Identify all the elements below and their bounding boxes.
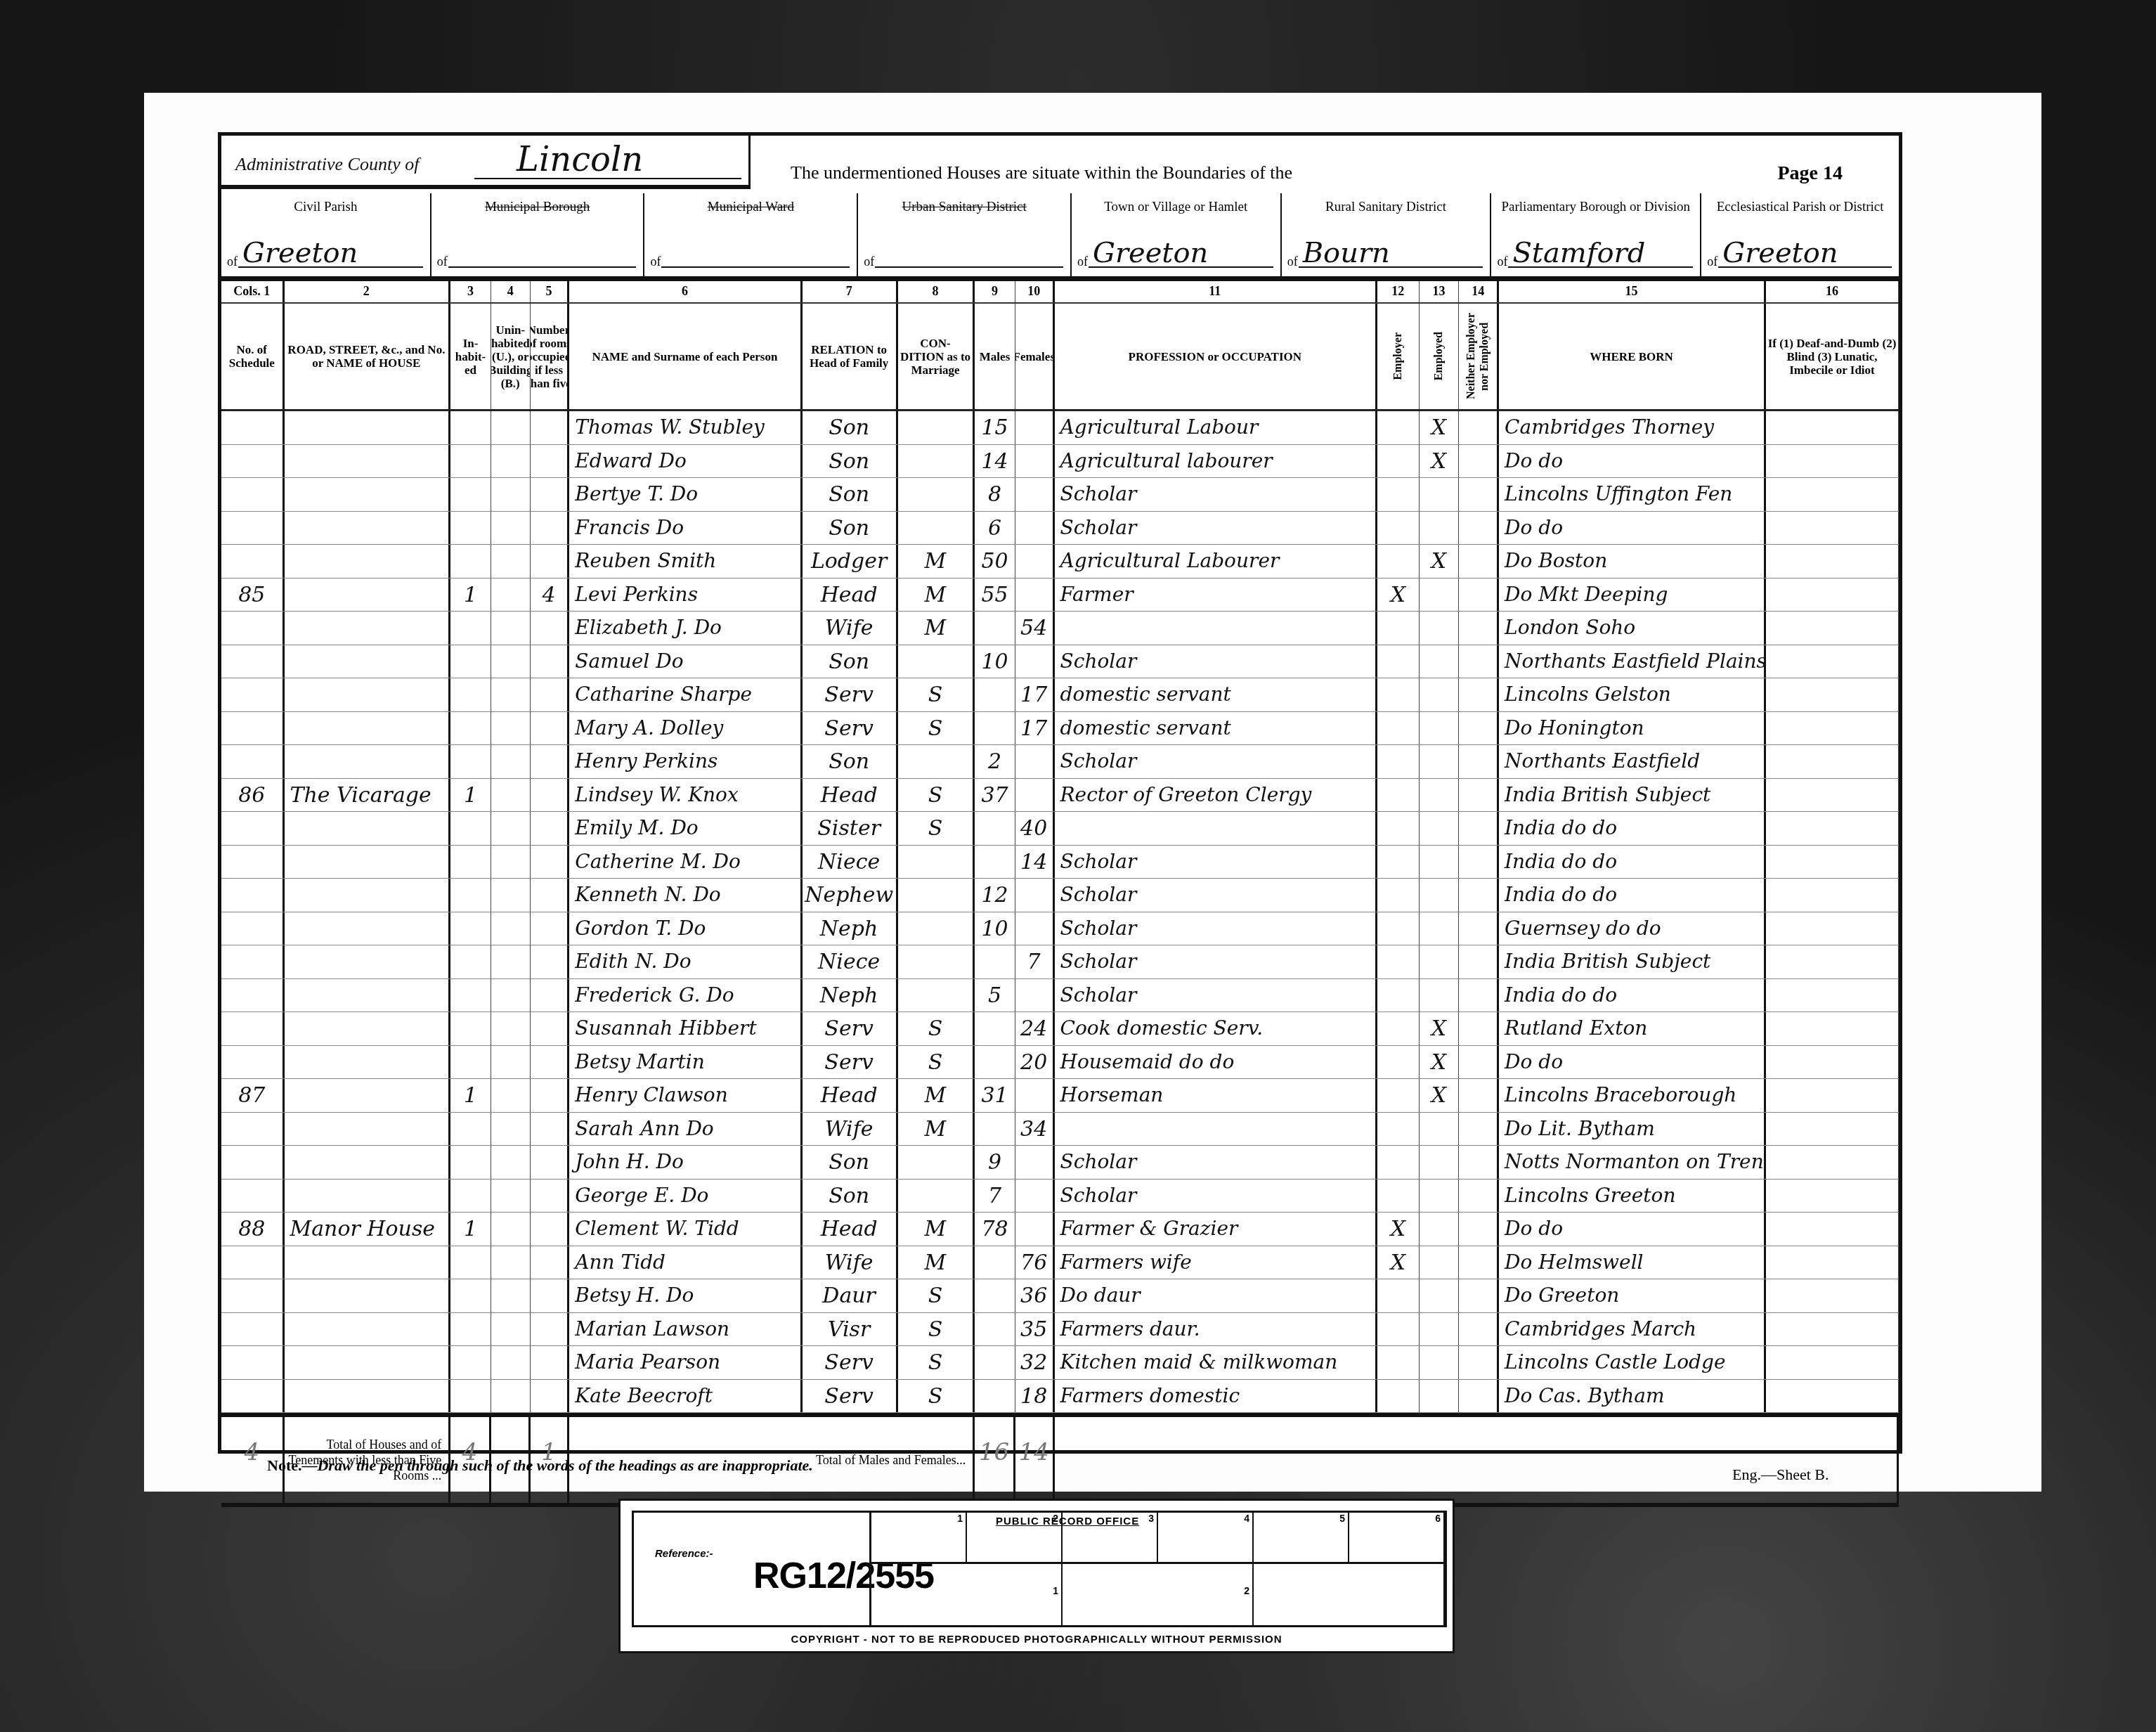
column-header-house-name: ROAD, STREET, &c., and No. or NAME of HO… — [285, 304, 451, 409]
cell-occupation: Scholar — [1055, 979, 1377, 1012]
cell-condition — [898, 979, 975, 1012]
cell-uninhabited — [491, 645, 531, 678]
cell-occupation: Scholar — [1055, 478, 1377, 511]
footer-note: Note.—Draw the pen through such of the w… — [267, 1456, 813, 1475]
cell-rooms — [531, 912, 570, 945]
cell-birthplace: Do do — [1499, 1046, 1766, 1079]
cell-infirmity — [1766, 1113, 1899, 1146]
page-number: Page 14 — [1777, 162, 1843, 185]
cell-age-male — [975, 678, 1015, 711]
cell-infirmity — [1766, 445, 1899, 478]
cell-occupation: domestic servant — [1055, 678, 1377, 711]
cell-condition — [898, 745, 975, 778]
cell-relation: Serv — [803, 1380, 898, 1413]
cell-condition: S — [898, 779, 975, 812]
cell-age-male — [975, 1279, 1015, 1312]
cell-neither — [1459, 579, 1499, 612]
cell-age-male — [975, 812, 1015, 845]
cell-age-female — [1015, 545, 1055, 578]
census-row: Samuel DoSon10ScholarNorthants Eastfield… — [221, 645, 1899, 679]
census-row: Maria PearsonServS32Kitchen maid & milkw… — [221, 1346, 1899, 1380]
cell-infirmity — [1766, 812, 1899, 845]
cell-age-female — [1015, 912, 1055, 945]
cell-house-name — [285, 1346, 451, 1379]
area-underline — [875, 266, 1063, 268]
cell-relation: Serv — [803, 1046, 898, 1079]
column-header-label: CON-DITION as to Marriage — [900, 337, 971, 377]
cell-condition — [898, 645, 975, 678]
cell-condition: M — [898, 1213, 975, 1246]
cell-relation: Nephew — [803, 879, 898, 912]
census-row: Kenneth N. DoNephew12ScholarIndia do do — [221, 879, 1899, 912]
cell-occupation: Rector of Greeton Clergy — [1055, 779, 1377, 812]
area-underline — [448, 266, 637, 268]
column-header-employer: Employer — [1377, 304, 1420, 409]
reference-label: Reference:- — [655, 1548, 713, 1560]
cell-house-name — [285, 1012, 451, 1045]
area-headers: Civil ParishofGreetonMunicipal Boroughof… — [221, 193, 1899, 281]
cell-age-female: 54 — [1015, 612, 1055, 645]
cell-neither — [1459, 1279, 1499, 1312]
cell-birthplace: Do do — [1499, 512, 1766, 545]
cell-employed — [1420, 645, 1460, 678]
cell-neither — [1459, 846, 1499, 879]
cell-occupation: Scholar — [1055, 1146, 1377, 1179]
cell-inhabited: 1 — [450, 1079, 491, 1112]
cell-relation: Serv — [803, 712, 898, 745]
cell-neither — [1459, 712, 1499, 745]
cell-infirmity — [1766, 846, 1899, 879]
cell-employed: X — [1420, 1012, 1460, 1045]
cell-schedule — [221, 1380, 285, 1413]
cell-house-name — [285, 1380, 451, 1413]
cell-rooms — [531, 1012, 570, 1045]
ruler-bottom: 12 — [871, 1564, 1445, 1625]
column-header-inhabited: In-habit-ed — [450, 304, 491, 409]
cell-age-male: 5 — [975, 979, 1015, 1012]
column-header-relation: RELATION to Head of Family — [803, 304, 898, 409]
cell-neither — [1459, 1213, 1499, 1246]
cell-house-name — [285, 512, 451, 545]
cell-age-female: 24 — [1015, 1012, 1055, 1045]
cell-schedule — [221, 912, 285, 945]
cell-rooms — [531, 1279, 570, 1312]
cell-relation: Neph — [803, 979, 898, 1012]
cell-rooms — [531, 478, 570, 511]
cell-person-name: Clement W. Tidd — [569, 1213, 802, 1246]
cell-employer: X — [1377, 579, 1420, 612]
cell-birthplace: India do do — [1499, 812, 1766, 845]
cell-uninhabited — [491, 512, 531, 545]
cell-inhabited: 1 — [450, 1213, 491, 1246]
of-label: of — [864, 254, 874, 269]
column-header-label: Females — [1015, 350, 1055, 363]
census-row: Emily M. DoSisterS40India do do — [221, 812, 1899, 846]
cell-person-name: Lindsey W. Knox — [569, 779, 802, 812]
ruler-mark: 2 — [967, 1513, 1063, 1562]
cell-condition — [898, 512, 975, 545]
area-title: Municipal Ward — [644, 200, 857, 214]
cell-uninhabited — [491, 445, 531, 478]
cell-house-name — [285, 678, 451, 711]
column-number-4: 4 — [491, 281, 531, 302]
cell-age-male: 10 — [975, 645, 1015, 678]
cell-employed: X — [1420, 411, 1460, 444]
cell-neither — [1459, 945, 1499, 978]
cell-schedule — [221, 445, 285, 478]
ruler-mark: 4 — [1158, 1513, 1254, 1562]
cell-neither — [1459, 445, 1499, 478]
column-number-6: 6 — [569, 281, 802, 302]
cell-birthplace: India do do — [1499, 879, 1766, 912]
cell-employed — [1420, 779, 1460, 812]
cell-employer — [1377, 411, 1420, 444]
column-header-infirmity: If (1) Deaf-and-Dumb (2) Blind (3) Lunat… — [1766, 304, 1899, 409]
cell-rooms — [531, 1180, 570, 1213]
cell-birthplace: Lincolns Castle Lodge — [1499, 1346, 1766, 1379]
cell-age-female: 35 — [1015, 1313, 1055, 1346]
area-title: Urban Sanitary District — [858, 200, 1070, 214]
cell-condition — [898, 445, 975, 478]
cell-uninhabited — [491, 912, 531, 945]
cell-employed — [1420, 879, 1460, 912]
cell-person-name: Kenneth N. Do — [569, 879, 802, 912]
cell-person-name: Maria Pearson — [569, 1346, 802, 1379]
cell-relation: Son — [803, 745, 898, 778]
area-value: Bourn — [1303, 237, 1390, 269]
cell-relation: Serv — [803, 1012, 898, 1045]
cell-uninhabited — [491, 1313, 531, 1346]
cell-inhabited — [450, 512, 491, 545]
cell-relation: Lodger — [803, 545, 898, 578]
cell-age-male — [975, 1313, 1015, 1346]
cell-neither — [1459, 779, 1499, 812]
cell-rooms — [531, 1380, 570, 1413]
cell-uninhabited — [491, 1046, 531, 1079]
cell-uninhabited — [491, 1213, 531, 1246]
area-value: Stamford — [1512, 237, 1645, 269]
cell-birthplace: Do Boston — [1499, 545, 1766, 578]
cell-age-male — [975, 1246, 1015, 1279]
cell-neither — [1459, 645, 1499, 678]
cell-birthplace: London Soho — [1499, 612, 1766, 645]
cell-employed: X — [1420, 1046, 1460, 1079]
cell-occupation: Horseman — [1055, 1079, 1377, 1112]
cell-uninhabited — [491, 745, 531, 778]
cell-infirmity — [1766, 879, 1899, 912]
column-header-label: Number of rooms occupied if less than fi… — [531, 323, 570, 390]
cell-age-male: 12 — [975, 879, 1015, 912]
cell-uninhabited — [491, 945, 531, 978]
cell-relation: Son — [803, 478, 898, 511]
column-header-condition: CON-DITION as to Marriage — [898, 304, 975, 409]
cell-age-male — [975, 945, 1015, 978]
census-row: Frederick G. DoNeph5ScholarIndia do do — [221, 979, 1899, 1013]
cell-schedule: 87 — [221, 1079, 285, 1112]
cell-uninhabited — [491, 779, 531, 812]
cell-employer — [1377, 1313, 1420, 1346]
cell-age-male: 15 — [975, 411, 1015, 444]
cell-uninhabited — [491, 879, 531, 912]
cell-birthplace: Do do — [1499, 1213, 1766, 1246]
cell-house-name — [285, 411, 451, 444]
cell-schedule — [221, 1313, 285, 1346]
cell-occupation: Housemaid do do — [1055, 1046, 1377, 1079]
county-value: Lincoln — [517, 140, 643, 179]
sheet-id: Eng.—Sheet B. — [1732, 1466, 1829, 1484]
column-number-7: 7 — [803, 281, 898, 302]
cell-rooms — [531, 645, 570, 678]
cell-employer — [1377, 678, 1420, 711]
column-number-10: 10 — [1015, 281, 1055, 302]
cell-birthplace: Lincolns Uffington Fen — [1499, 478, 1766, 511]
census-row: Thomas W. StubleySon15Agricultural Labou… — [221, 411, 1899, 445]
of-label: of — [1497, 254, 1507, 269]
ruler-mark: 2 — [1063, 1564, 1254, 1625]
column-header-person-name: NAME and Surname of each Person — [569, 304, 802, 409]
cell-occupation: Scholar — [1055, 945, 1377, 978]
cell-employed — [1420, 579, 1460, 612]
cell-age-female: 18 — [1015, 1380, 1055, 1413]
cell-inhabited — [450, 1113, 491, 1146]
cell-person-name: Bertye T. Do — [569, 478, 802, 511]
cell-condition: M — [898, 1113, 975, 1146]
cell-employer — [1377, 945, 1420, 978]
census-row: Kate BeecroftServS18Farmers domesticDo C… — [221, 1380, 1899, 1414]
cell-infirmity — [1766, 678, 1899, 711]
cell-schedule — [221, 678, 285, 711]
cell-inhabited — [450, 812, 491, 845]
cell-house-name — [285, 945, 451, 978]
ruler-top: 123456 — [871, 1513, 1445, 1564]
column-header-label: NAME and Surname of each Person — [592, 350, 777, 363]
cell-rooms — [531, 945, 570, 978]
cell-employed — [1420, 1246, 1460, 1279]
cell-neither — [1459, 1046, 1499, 1079]
cell-infirmity — [1766, 1046, 1899, 1079]
cell-infirmity — [1766, 779, 1899, 812]
cell-employer — [1377, 1279, 1420, 1312]
cell-inhabited — [450, 645, 491, 678]
cell-condition: S — [898, 712, 975, 745]
cell-occupation: Scholar — [1055, 1180, 1377, 1213]
area-title: Ecclesiastical Parish or District — [1701, 200, 1899, 214]
cell-employer — [1377, 979, 1420, 1012]
cell-rooms — [531, 1246, 570, 1279]
cell-uninhabited — [491, 1113, 531, 1146]
cell-age-female — [1015, 779, 1055, 812]
cell-infirmity — [1766, 1180, 1899, 1213]
area-5: Rural Sanitary DistrictofBourn — [1282, 193, 1492, 276]
of-label: of — [227, 254, 238, 269]
column-numbers: Cols. 12345678910111213141516 — [221, 281, 1899, 304]
cell-relation: Head — [803, 1079, 898, 1112]
column-header-label: Employed — [1432, 332, 1446, 380]
cell-person-name: Francis Do — [569, 512, 802, 545]
boundary-text: The undermentioned Houses are situate wi… — [791, 162, 1292, 183]
cell-employed — [1420, 1279, 1460, 1312]
area-4: Town or Village or HamletofGreeton — [1072, 193, 1282, 276]
cell-birthplace: Do do — [1499, 445, 1766, 478]
column-header-label: RELATION to Head of Family — [804, 343, 895, 370]
cell-rooms — [531, 411, 570, 444]
column-header-label: Males — [980, 350, 1010, 363]
cell-rooms — [531, 979, 570, 1012]
cell-uninhabited — [491, 678, 531, 711]
cell-person-name: Betsy Martin — [569, 1046, 802, 1079]
cell-occupation: Scholar — [1055, 912, 1377, 945]
cell-condition — [898, 945, 975, 978]
column-header-label: PROFESSION or OCCUPATION — [1129, 350, 1302, 363]
cell-employed — [1420, 1213, 1460, 1246]
cell-relation: Visr — [803, 1313, 898, 1346]
cell-age-female: 14 — [1015, 846, 1055, 879]
cell-condition: S — [898, 1313, 975, 1346]
cell-condition: S — [898, 1046, 975, 1079]
cell-relation: Son — [803, 445, 898, 478]
column-number-16: 16 — [1766, 281, 1899, 302]
cell-neither — [1459, 478, 1499, 511]
cell-infirmity — [1766, 1279, 1899, 1312]
cell-house-name: Manor House — [285, 1213, 451, 1246]
cell-birthplace: India British Subject — [1499, 779, 1766, 812]
cell-birthplace: Guernsey do do — [1499, 912, 1766, 945]
column-number-11: 11 — [1055, 281, 1377, 302]
cell-infirmity — [1766, 1246, 1899, 1279]
cell-neither — [1459, 612, 1499, 645]
cell-schedule — [221, 879, 285, 912]
cell-person-name: Mary A. Dolley — [569, 712, 802, 745]
cell-age-male: 7 — [975, 1180, 1015, 1213]
cell-relation: Head — [803, 779, 898, 812]
cell-schedule — [221, 612, 285, 645]
cell-employer — [1377, 879, 1420, 912]
cell-condition: S — [898, 1346, 975, 1379]
cell-birthplace: Notts Normanton on Trent — [1499, 1146, 1766, 1179]
cell-infirmity — [1766, 512, 1899, 545]
cell-house-name — [285, 612, 451, 645]
cell-infirmity — [1766, 1079, 1899, 1112]
cell-infirmity — [1766, 1213, 1899, 1246]
cell-neither — [1459, 512, 1499, 545]
note-prefix: Note.— — [267, 1456, 317, 1474]
cell-age-female: 20 — [1015, 1046, 1055, 1079]
column-header-occupation: PROFESSION or OCCUPATION — [1055, 304, 1377, 409]
cell-age-male: 9 — [975, 1146, 1015, 1179]
cell-employer — [1377, 712, 1420, 745]
cell-inhabited: 1 — [450, 779, 491, 812]
cell-house-name — [285, 979, 451, 1012]
cell-house-name — [285, 912, 451, 945]
census-row: 88Manor House1Clement W. TiddHeadM78Farm… — [221, 1213, 1899, 1246]
area-title: Parliamentary Borough or Division — [1491, 200, 1700, 214]
column-number-5: 5 — [531, 281, 570, 302]
column-number-12: 12 — [1377, 281, 1420, 302]
column-header-rooms: Number of rooms occupied if less than fi… — [531, 304, 570, 409]
cell-occupation: Scholar — [1055, 645, 1377, 678]
column-number-1: Cols. 1 — [221, 281, 285, 302]
census-row: Henry PerkinsSon2ScholarNorthants Eastfi… — [221, 745, 1899, 779]
cell-neither — [1459, 745, 1499, 778]
cell-occupation: Farmer — [1055, 579, 1377, 612]
cell-occupation: Scholar — [1055, 879, 1377, 912]
cell-inhabited — [450, 1380, 491, 1413]
cell-condition — [898, 411, 975, 444]
cell-birthplace: Do Helmswell — [1499, 1246, 1766, 1279]
cell-age-female — [1015, 512, 1055, 545]
cell-rooms — [531, 512, 570, 545]
cell-employer — [1377, 545, 1420, 578]
cell-relation: Head — [803, 1213, 898, 1246]
cell-house-name — [285, 879, 451, 912]
cell-condition: S — [898, 1012, 975, 1045]
cell-employer — [1377, 1079, 1420, 1112]
cell-house-name: The Vicarage — [285, 779, 451, 812]
cell-birthplace: Lincolns Greeton — [1499, 1180, 1766, 1213]
cell-relation: Serv — [803, 678, 898, 711]
cell-inhabited — [450, 912, 491, 945]
census-row: Mary A. DolleyServS17domestic servantDo … — [221, 712, 1899, 746]
cell-inhabited — [450, 445, 491, 478]
cell-birthplace: Do Cas. Bytham — [1499, 1380, 1766, 1413]
cell-neither — [1459, 912, 1499, 945]
cell-person-name: John H. Do — [569, 1146, 802, 1179]
area-title: Town or Village or Hamlet — [1072, 200, 1280, 214]
cell-employer — [1377, 745, 1420, 778]
cell-condition — [898, 1146, 975, 1179]
reference-slip: PUBLIC RECORD OFFICE Reference:- RG12/25… — [618, 1499, 1455, 1653]
cell-person-name: Ann Tidd — [569, 1246, 802, 1279]
cell-age-male: 37 — [975, 779, 1015, 812]
cell-schedule: 88 — [221, 1213, 285, 1246]
cell-age-female — [1015, 1079, 1055, 1112]
cell-inhabited — [450, 945, 491, 978]
census-row: Marian LawsonVisrS35Farmers daur.Cambrid… — [221, 1313, 1899, 1347]
cell-uninhabited — [491, 812, 531, 845]
cell-employer — [1377, 1113, 1420, 1146]
column-header-label: WHERE BORN — [1590, 350, 1673, 363]
cell-schedule — [221, 712, 285, 745]
cell-condition — [898, 879, 975, 912]
cell-employer — [1377, 612, 1420, 645]
total-females: 14 — [1015, 1417, 1055, 1503]
cell-occupation: Scholar — [1055, 846, 1377, 879]
cell-schedule — [221, 846, 285, 879]
census-row: Catherine M. DoNiece14ScholarIndia do do — [221, 846, 1899, 879]
cell-house-name — [285, 1113, 451, 1146]
census-row: Francis DoSon6ScholarDo do — [221, 512, 1899, 545]
cell-rooms — [531, 1346, 570, 1379]
cell-occupation: Agricultural Labourer — [1055, 545, 1377, 578]
cell-uninhabited — [491, 1246, 531, 1279]
cell-person-name: George E. Do — [569, 1180, 802, 1213]
ruler-mark: 6 — [1349, 1513, 1445, 1562]
area-value: Greeton — [242, 237, 358, 269]
cell-employer — [1377, 478, 1420, 511]
cell-infirmity — [1766, 1146, 1899, 1179]
cell-age-male: 14 — [975, 445, 1015, 478]
cell-relation: Son — [803, 645, 898, 678]
cell-neither — [1459, 879, 1499, 912]
cell-person-name: Marian Lawson — [569, 1313, 802, 1346]
cell-inhabited — [450, 879, 491, 912]
cell-relation: Niece — [803, 846, 898, 879]
cell-uninhabited — [491, 411, 531, 444]
cell-employer — [1377, 1046, 1420, 1079]
cell-employer — [1377, 1012, 1420, 1045]
cell-house-name — [285, 1146, 451, 1179]
cell-infirmity — [1766, 979, 1899, 1012]
